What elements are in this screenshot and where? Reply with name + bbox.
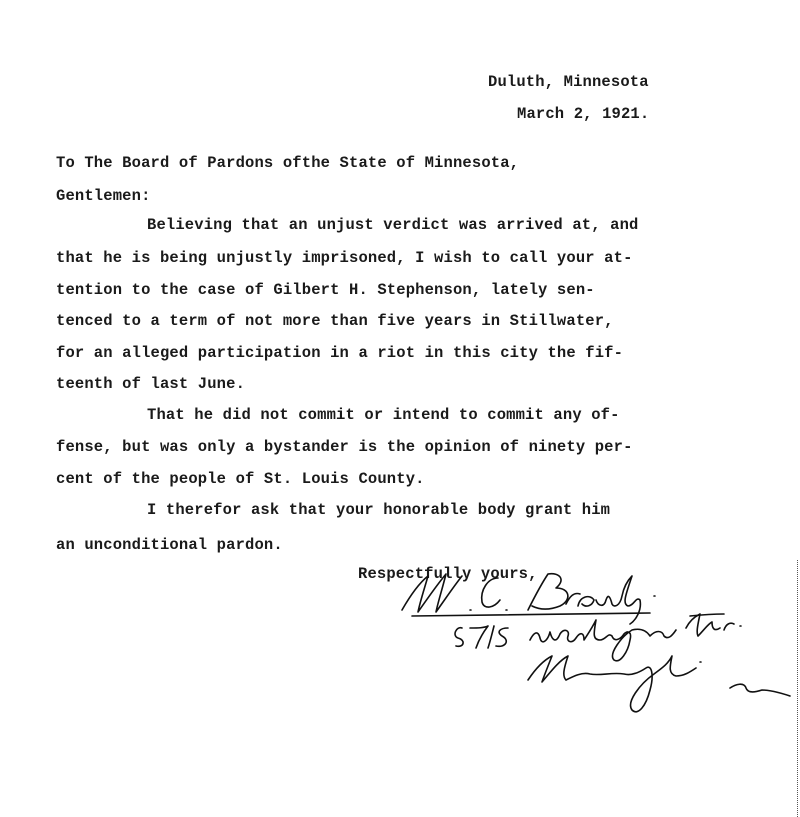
letter-page: Duluth, Minnesota March 2, 1921. To The … [0,0,800,817]
handwritten-signature: W. C. Brandy 575 Washington Ave No Minne… [0,0,800,817]
signature-drawing [0,0,800,817]
